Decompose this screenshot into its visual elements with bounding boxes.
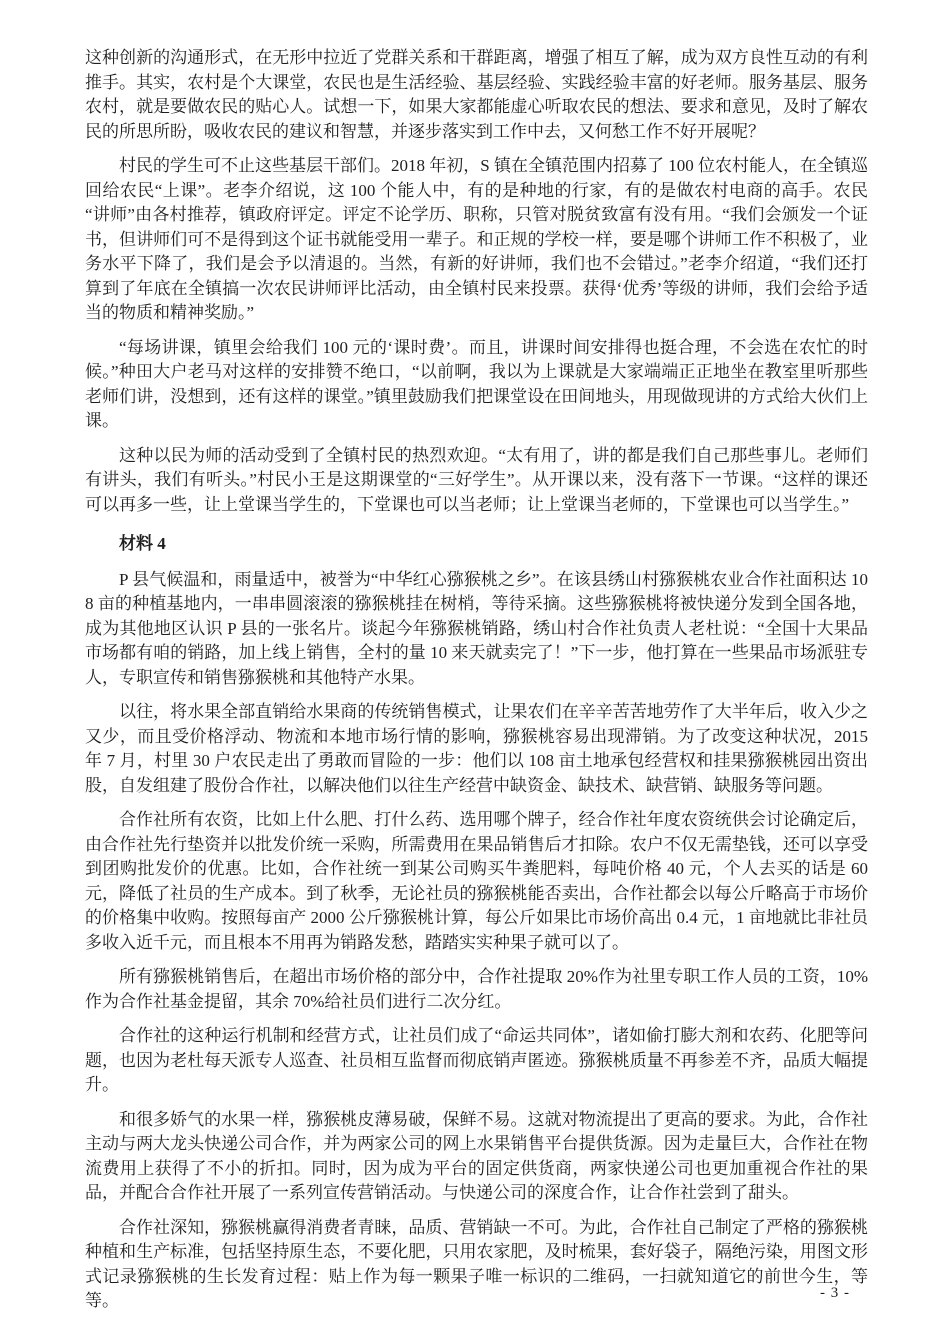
paragraph-material4-1: P 县气候温和，雨量适中，被誉为“中华红心猕猴桃之乡”。在该县绣山村猕猴桃农业合…	[85, 568, 868, 691]
document-page: 这种创新的沟通形式，在无形中拉近了党群关系和干群距离，增强了相互了解，成为双方良…	[0, 0, 950, 1344]
paragraph-material4-3: 合作社所有农资，比如上什么肥、打什么药、选用哪个牌子，经合作社年度农资统供会讨论…	[85, 808, 868, 955]
paragraph-material4-7: 合作社深知，猕猴桃赢得消费者青睐，品质、营销缺一不可。为此，合作社自己制定了严格…	[85, 1216, 868, 1314]
paragraph-material4-4: 所有猕猴桃销售后，在超出市场价格的部分中，合作社提取 20%作为社里专职工作人员…	[85, 965, 868, 1014]
paragraph-material4-2: 以往，将水果全部直销给水果商的传统销售模式，让果农们在辛辛苦苦地劳作了大半年后，…	[85, 700, 868, 798]
page-number: - 3 -	[820, 1285, 850, 1302]
paragraph-material3-2: “每场讲课，镇里会给我们 100 元的‘课时费’。而且，讲课时间安排得也挺合理，…	[85, 336, 868, 434]
paragraph-material3-3: 这种以民为师的活动受到了全镇村民的热烈欢迎。“太有用了，讲的都是我们自己那些事儿…	[85, 444, 868, 518]
paragraph-material4-5: 合作社的这种运行机制和经营方式，让社员们成了“命运共同体”，诸如偷打膨大剂和农药…	[85, 1024, 868, 1098]
paragraph-material3-1: 村民的学生可不止这些基层干部们。2018 年初，S 镇在全镇范围内招募了 100…	[85, 154, 868, 326]
paragraph-material4-6: 和很多娇气的水果一样，猕猴桃皮薄易破，保鲜不易。这就对物流提出了更高的要求。为此…	[85, 1108, 868, 1206]
paragraph-continuation: 这种创新的沟通形式，在无形中拉近了党群关系和干群距离，增强了相互了解，成为双方良…	[85, 46, 868, 144]
material-4-heading: 材料 4	[85, 532, 868, 557]
